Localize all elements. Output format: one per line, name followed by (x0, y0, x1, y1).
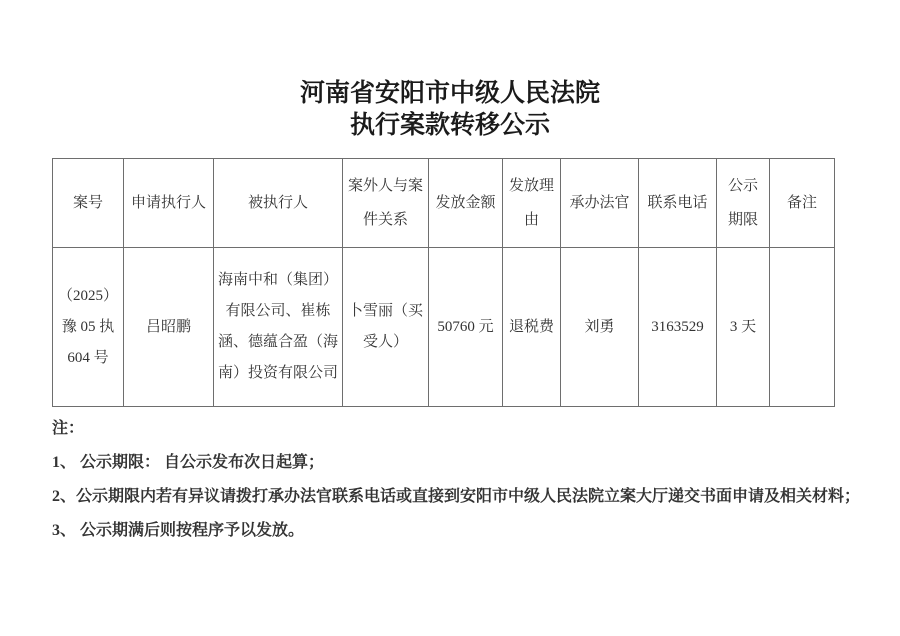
column-header-applicant: 申请执行人 (124, 159, 214, 248)
cell-applicant: 吕昭鹏 (124, 248, 214, 407)
cell-period: 3 天 (717, 248, 770, 407)
title-notice-type: 执行案款转移公示 (0, 109, 900, 141)
note-item-3: 3、 公示期满后则按程序予以发放。 (52, 514, 860, 548)
cell-phone: 3163529 (639, 248, 717, 407)
notes-label: 注： (52, 412, 860, 446)
table-row: （2025） 豫 05 执 604 号 吕昭鹏 海南中和（集团） 有限公司、崔栋… (53, 248, 835, 407)
column-header-remark: 备注 (770, 159, 835, 248)
notice-table: 案号 申请执行人 被执行人 案外人与案 件关系 发放金额 发放理 由 承办法官 … (52, 158, 835, 407)
cell-remark (770, 248, 835, 407)
note-item-2: 2、公示期限内若有异议请拨打承办法官联系电话或直接到安阳市中级人民法院立案大厅递… (52, 480, 860, 514)
cell-amount: 50760 元 (429, 248, 503, 407)
column-header-case-number: 案号 (53, 159, 124, 248)
table-header-row: 案号 申请执行人 被执行人 案外人与案 件关系 发放金额 发放理 由 承办法官 … (53, 159, 835, 248)
cell-outsider-relation: 卜雪丽（买 受人） (343, 248, 429, 407)
column-header-amount: 发放金额 (429, 159, 503, 248)
column-header-period: 公示 期限 (717, 159, 770, 248)
cell-respondent: 海南中和（集团） 有限公司、崔栋 涵、德蕴合盈（海 南）投资有限公司 (214, 248, 343, 407)
title-court-name: 河南省安阳市中级人民法院 (0, 77, 900, 109)
court-notice-document: 河南省安阳市中级人民法院 执行案款转移公示 案号 申请执行人 被执行人 案外人与… (0, 0, 900, 636)
notes-section: 注： 1、 公示期限： 自公示发布次日起算； 2、公示期限内若有异议请拨打承办法… (52, 412, 860, 548)
column-header-reason: 发放理 由 (503, 159, 561, 248)
column-header-outsider-relation: 案外人与案 件关系 (343, 159, 429, 248)
column-header-respondent: 被执行人 (214, 159, 343, 248)
column-header-phone: 联系电话 (639, 159, 717, 248)
cell-reason: 退税费 (503, 248, 561, 407)
document-title: 河南省安阳市中级人民法院 执行案款转移公示 (0, 77, 900, 141)
cell-case-number: （2025） 豫 05 执 604 号 (53, 248, 124, 407)
note-item-1: 1、 公示期限： 自公示发布次日起算； (52, 446, 860, 480)
cell-judge: 刘勇 (561, 248, 639, 407)
column-header-judge: 承办法官 (561, 159, 639, 248)
